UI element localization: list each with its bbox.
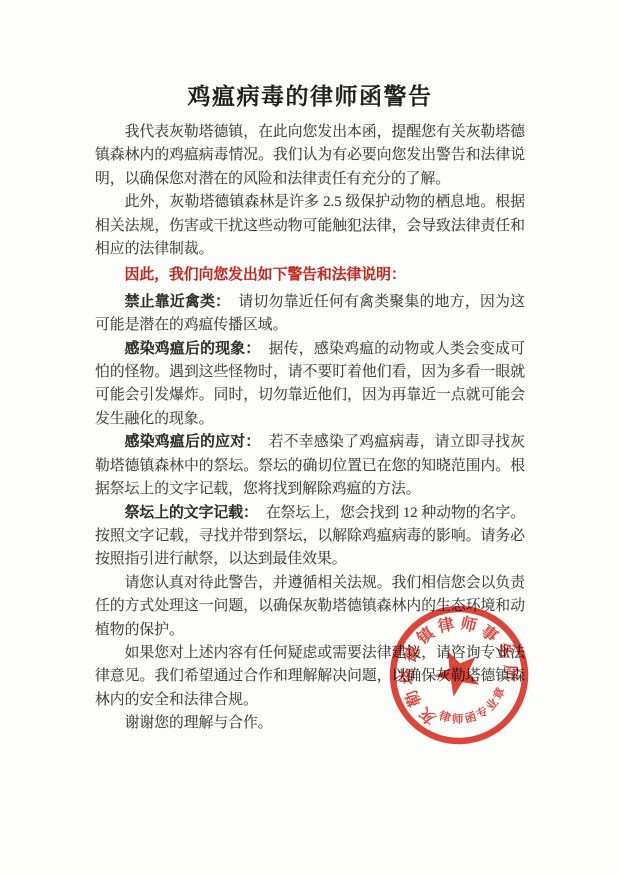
paragraph: 请您认真对待此警告，并遵循相关法规。我们相信您会以负责任的方式处理这一问题，以确… — [95, 572, 525, 642]
document-body: 我代表灰勒塔德镇，在此向您发出本函，提醒您有关灰勒塔德镇森林内的鸡瘟病毒情况。我… — [95, 121, 525, 736]
paragraph-lead: 禁止靠近禽类： — [125, 294, 239, 310]
paragraph: 如果您对上述内容有任何疑虑或需要法律建议，请咨询专业法律意见。我们希望通过合作和… — [95, 642, 525, 712]
document-page: 鸡瘟病毒的律师函警告 我代表灰勒塔德镇，在此向您发出本函，提醒您有关灰勒塔德镇森… — [0, 0, 620, 876]
paragraph-text: 请您认真对待此警告，并遵循相关法规。我们相信您会以负责任的方式处理这一问题，以确… — [95, 575, 525, 638]
paragraph: 感染鸡瘟后的现象：据传，感染鸡瘟的动物或人类会变成可怕的怪物。遇到这些怪物时，请… — [95, 338, 525, 432]
paragraph-lead: 祭坛上的文字记载： — [125, 505, 266, 521]
paragraph: 我代表灰勒塔德镇，在此向您发出本函，提醒您有关灰勒塔德镇森林内的鸡瘟病毒情况。我… — [95, 121, 525, 191]
paragraph: 禁止靠近禽类：请切勿靠近任何有禽类聚集的地方，因为这可能是潜在的鸡瘟传播区域。 — [95, 291, 525, 338]
paragraph-lead: 感染鸡瘟后的应对： — [125, 434, 269, 450]
paragraph-text: 谢谢您的理解与合作。 — [125, 715, 273, 731]
paragraph-text: 如果您对上述内容有任何疑虑或需要法律建议，请咨询专业法律意见。我们希望通过合作和… — [95, 645, 525, 708]
document-title: 鸡瘟病毒的律师函警告 — [0, 78, 620, 111]
paragraph-text: 此外，灰勒塔德镇森林是许多 2.5 级保护动物的栖息地。根据相关法规，伤害或干扰… — [95, 194, 525, 257]
paragraph: 此外，灰勒塔德镇森林是许多 2.5 级保护动物的栖息地。根据相关法规，伤害或干扰… — [95, 191, 525, 261]
paragraph: 祭坛上的文字记载：在祭坛上，您会找到 12 种动物的名字。按照文字记载，寻找并带… — [95, 502, 525, 572]
paragraph: 感染鸡瘟后的应对：若不幸感染了鸡瘟病毒，请立即寻找灰勒塔德镇森林中的祭坛。祭坛的… — [95, 431, 525, 501]
paragraph-lead: 感染鸡瘟后的现象： — [125, 341, 269, 357]
paragraph: 谢谢您的理解与合作。 — [95, 712, 525, 735]
paragraph-text: 因此，我们向您发出如下警告和法律说明： — [125, 267, 406, 283]
paragraph-text: 我代表灰勒塔德镇，在此向您发出本函，提醒您有关灰勒塔德镇森林内的鸡瘟病毒情况。我… — [95, 124, 525, 187]
paragraph: 因此，我们向您发出如下警告和法律说明： — [95, 264, 525, 287]
